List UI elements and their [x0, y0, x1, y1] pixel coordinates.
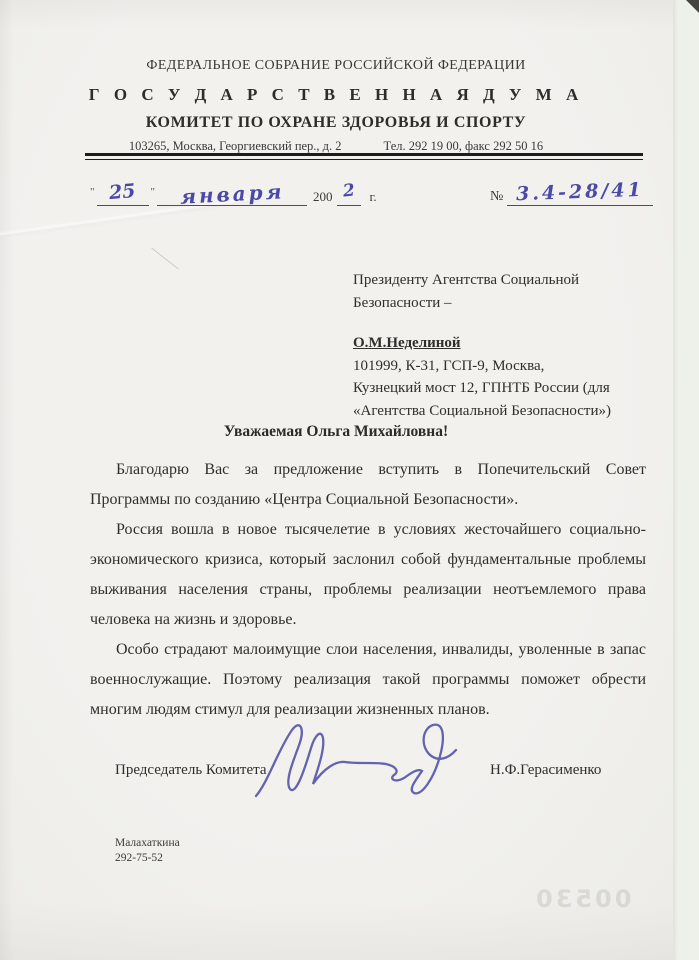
- letter-body: Благодарю Вас за предложение вступить в …: [90, 455, 646, 725]
- paragraph-2: Россия вошла в новое тысячелетие в услов…: [90, 515, 646, 635]
- letterhead-parliament-line: ФЕДЕРАЛЬНОЕ СОБРАНИЕ РОССИЙСКОЙ ФЕДЕРАЦИ…: [14, 58, 658, 74]
- letterhead-phone: Тел. 292 19 00, факс 292 50 16: [384, 139, 544, 153]
- recipient-address-line1: 101999, К-31, ГСП-9, Москва,: [353, 355, 653, 378]
- handwritten-month: января: [179, 179, 285, 208]
- number-group: №3.4-28/41: [490, 179, 653, 206]
- scanned-letter-page: ФЕДЕРАЛЬНОЕ СОБРАНИЕ РОССИЙСКОЙ ФЕДЕРАЦИ…: [0, 0, 699, 960]
- recipient-title-line2: Безопасности –: [353, 292, 653, 315]
- salutation: Уважаемая Ольга Михайловна!: [14, 423, 658, 441]
- recipient-title-line1: Президенту Агентства Социальной: [353, 269, 653, 292]
- bleedthrough-number: 00530: [533, 885, 632, 913]
- number-sign: №: [490, 189, 503, 206]
- letterhead-address: 103265, Москва, Георгиевский пер., д. 2: [129, 139, 342, 153]
- printed-year-prefix: 200: [307, 189, 335, 206]
- paragraph-3: Особо страдают малоимущие слои населения…: [90, 635, 646, 725]
- day-field: 25: [97, 179, 149, 206]
- page-corner-shadow: [686, 0, 699, 13]
- letterhead-committee-name: КОМИТЕТ ПО ОХРАНЕ ЗДОРОВЬЯ И СПОРТУ: [14, 114, 658, 132]
- paragraph-1: Благодарю Вас за предложение вступить в …: [90, 455, 646, 515]
- date-group: "25"января2002г.: [88, 179, 379, 206]
- recipient-block: Президенту Агентства Социальной Безопасн…: [353, 269, 653, 422]
- handwritten-signature: [248, 716, 463, 806]
- date-number-line: "25"января2002г. №3.4-28/41: [88, 172, 648, 206]
- scanner-edge-strip: [673, 0, 699, 960]
- signer-name: Н.Ф.Герасименко: [490, 762, 601, 779]
- executor-name: Малахаткина: [115, 836, 180, 851]
- handwritten-year-digit: 2: [342, 180, 356, 201]
- number-field: 3.4-28/41: [507, 179, 653, 206]
- signer-title: Председатель Комитета: [115, 762, 267, 779]
- month-field: января: [157, 179, 307, 206]
- executor-contact: Малахаткина 292-75-52: [115, 836, 180, 865]
- executor-phone: 292-75-52: [115, 851, 180, 866]
- handwritten-number: 3.4-28/41: [516, 179, 644, 205]
- letterhead-contact-line: 103265, Москва, Георгиевский пер., д. 2Т…: [14, 139, 658, 154]
- year-digit-field: 2: [337, 179, 361, 206]
- letterhead-duma-title: Г О С У Д А Р С Т В Е Н Н А Я Д У М А: [14, 85, 658, 105]
- handwritten-day: 25: [108, 180, 136, 204]
- paper-scratch-mark: [151, 248, 178, 270]
- recipient-address-line2: Кузнецкий мост 12, ГПНТБ России (для: [353, 377, 653, 400]
- open-quote: ": [88, 186, 97, 198]
- recipient-name: О.М.Неделиной: [353, 332, 653, 355]
- letterhead-double-rule: [85, 153, 643, 160]
- year-suffix: г.: [364, 189, 379, 206]
- recipient-address-line3: «Агентства Социальной Безопасности»): [353, 400, 653, 423]
- close-quote: ": [149, 186, 158, 198]
